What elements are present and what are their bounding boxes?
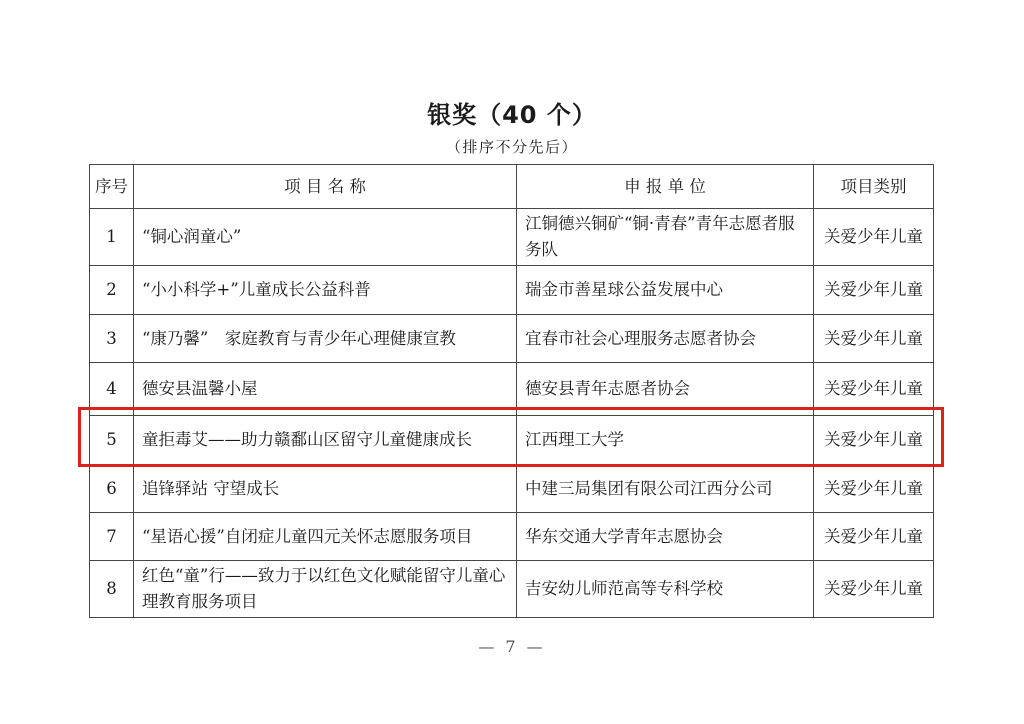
table-row: 3“康乃馨” 家庭教育与青少年心理健康宣教宜春市社会心理服务志愿者协会关爱少年儿… [90, 315, 934, 363]
cell-no: 1 [90, 209, 134, 266]
award-table-body: 1“铜心润童心”江铜德兴铜矿“铜·青春”青年志愿者服务队关爱少年儿童2“小小科学… [90, 209, 934, 618]
cell-unit: 瑞金市善星球公益发展中心 [517, 266, 814, 315]
page-title: 银奖（40 个） [0, 95, 1024, 130]
cell-unit: 吉安幼儿师范高等专科学校 [517, 561, 814, 618]
cell-project: “铜心润童心” [134, 209, 517, 266]
cell-project: 德安县温馨小屋 [134, 363, 517, 416]
table-row-highlighted: 5童拒毒艾——助力赣鄱山区留守儿童健康成长江西理工大学关爱少年儿童 [90, 416, 934, 465]
cell-no: 6 [90, 465, 134, 513]
cell-no: 2 [90, 266, 134, 315]
cell-project: “小小科学+”儿童成长公益科普 [134, 266, 517, 315]
header-cell-category: 项目类别 [814, 165, 934, 209]
table-row: 2“小小科学+”儿童成长公益科普瑞金市善星球公益发展中心关爱少年儿童 [90, 266, 934, 315]
cell-unit: 华东交通大学青年志愿协会 [517, 513, 814, 561]
cell-category: 关爱少年儿童 [814, 465, 934, 513]
table-row: 6追锋驿站 守望成长中建三局集团有限公司江西分公司关爱少年儿童 [90, 465, 934, 513]
header-cell-project: 项 目 名 称 [134, 165, 517, 209]
cell-category: 关爱少年儿童 [814, 315, 934, 363]
cell-category: 关爱少年儿童 [814, 209, 934, 266]
cell-project: “康乃馨” 家庭教育与青少年心理健康宣教 [134, 315, 517, 363]
cell-project: 童拒毒艾——助力赣鄱山区留守儿童健康成长 [134, 416, 517, 465]
table-row: 8红色“童”行——致力于以红色文化赋能留守儿童心理教育服务项目吉安幼儿师范高等专… [90, 561, 934, 618]
cell-category: 关爱少年儿童 [814, 363, 934, 416]
header-cell-unit: 申 报 单 位 [517, 165, 814, 209]
table-header: 序号 项 目 名 称 申 报 单 位 项目类别 [90, 165, 934, 209]
table-header-row: 序号 项 目 名 称 申 报 单 位 项目类别 [90, 165, 934, 209]
cell-no: 5 [90, 416, 134, 465]
cell-category: 关爱少年儿童 [814, 266, 934, 315]
cell-category: 关爱少年儿童 [814, 416, 934, 465]
cell-unit: 德安县青年志愿者协会 [517, 363, 814, 416]
award-table-container: 序号 项 目 名 称 申 报 单 位 项目类别 1“铜心润童心”江铜德兴铜矿“铜… [89, 164, 934, 618]
cell-no: 8 [90, 561, 134, 618]
header-cell-no: 序号 [90, 165, 134, 209]
table-row: 7“星语心援”自闭症儿童四元关怀志愿服务项目华东交通大学青年志愿协会关爱少年儿童 [90, 513, 934, 561]
cell-no: 7 [90, 513, 134, 561]
cell-no: 3 [90, 315, 134, 363]
cell-project: 红色“童”行——致力于以红色文化赋能留守儿童心理教育服务项目 [134, 561, 517, 618]
cell-unit: 江西理工大学 [517, 416, 814, 465]
cell-project: 追锋驿站 守望成长 [134, 465, 517, 513]
page-subtitle: （排序不分先后） [0, 136, 1024, 157]
table-row: 1“铜心润童心”江铜德兴铜矿“铜·青春”青年志愿者服务队关爱少年儿童 [90, 209, 934, 266]
table-row: 4德安县温馨小屋德安县青年志愿者协会关爱少年儿童 [90, 363, 934, 416]
cell-unit: 宜春市社会心理服务志愿者协会 [517, 315, 814, 363]
award-table: 序号 项 目 名 称 申 报 单 位 项目类别 1“铜心润童心”江铜德兴铜矿“铜… [89, 164, 934, 618]
cell-category: 关爱少年儿童 [814, 561, 934, 618]
cell-category: 关爱少年儿童 [814, 513, 934, 561]
cell-project: “星语心援”自闭症儿童四元关怀志愿服务项目 [134, 513, 517, 561]
page-number: — 7 — [0, 637, 1024, 656]
cell-no: 4 [90, 363, 134, 416]
cell-unit: 江铜德兴铜矿“铜·青春”青年志愿者服务队 [517, 209, 814, 266]
cell-unit: 中建三局集团有限公司江西分公司 [517, 465, 814, 513]
